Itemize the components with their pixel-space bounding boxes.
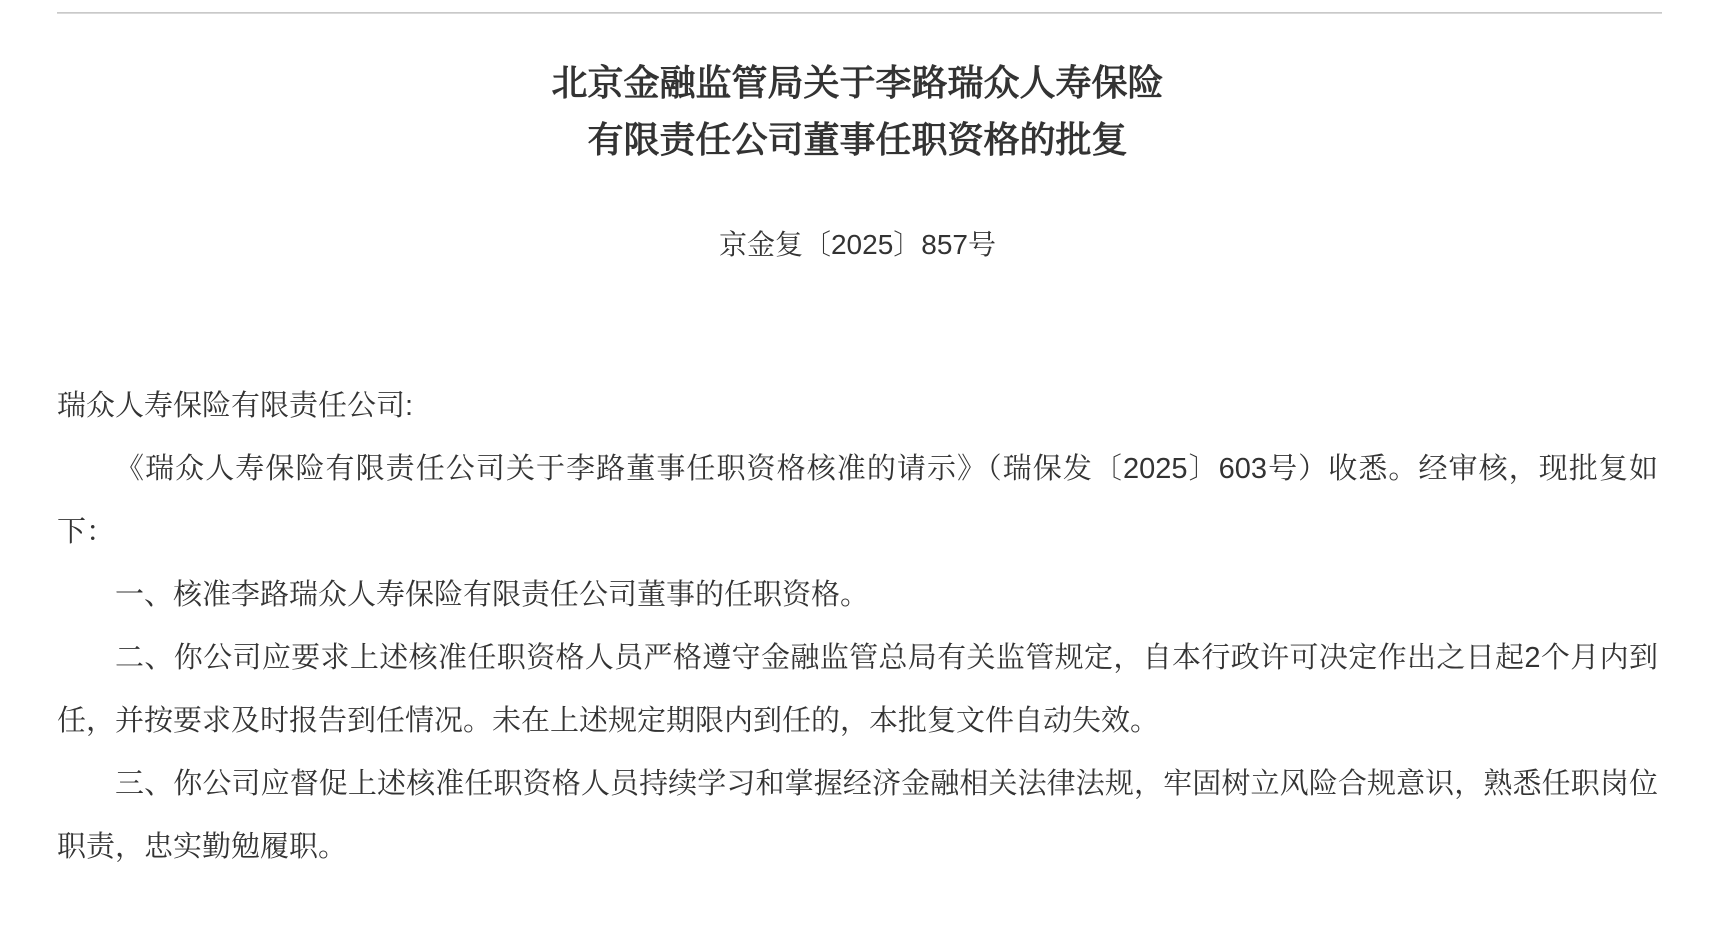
- body-paragraphs: 《瑞众人寿保险有限责任公司关于李路董事任职资格核准的请示》（瑞保发〔2025〕6…: [57, 438, 1658, 879]
- document-title-line2: 有限责任公司董事任职资格的批复: [587, 119, 1127, 160]
- document-page: 北京金融监管局关于李路瑞众人寿保险 有限责任公司董事任职资格的批复 京金复〔20…: [0, 0, 1734, 947]
- body-paragraph: 二、你公司应要求上述核准任职资格人员严格遵守金融监管总局有关监管规定，自本行政许…: [57, 627, 1658, 753]
- body-paragraph: 一、核准李路瑞众人寿保险有限责任公司董事的任职资格。: [57, 564, 1658, 627]
- document-title: 北京金融监管局关于李路瑞众人寿保险 有限责任公司董事任职资格的批复: [57, 54, 1658, 168]
- document-title-line1: 北京金融监管局关于李路瑞众人寿保险: [551, 62, 1163, 103]
- document-number: 京金复〔2025〕857号: [57, 223, 1658, 263]
- official-document: 北京金融监管局关于李路瑞众人寿保险 有限责任公司董事任职资格的批复 京金复〔20…: [57, 14, 1658, 879]
- body-paragraph: 三、你公司应督促上述核准任职资格人员持续学习和掌握经济金融相关法律法规，牢固树立…: [57, 753, 1658, 879]
- salutation: 瑞众人寿保险有限责任公司:: [57, 375, 1658, 438]
- document-body: 瑞众人寿保险有限责任公司: 《瑞众人寿保险有限责任公司关于李路董事任职资格核准的…: [57, 375, 1658, 879]
- body-paragraph: 《瑞众人寿保险有限责任公司关于李路董事任职资格核准的请示》（瑞保发〔2025〕6…: [57, 438, 1658, 564]
